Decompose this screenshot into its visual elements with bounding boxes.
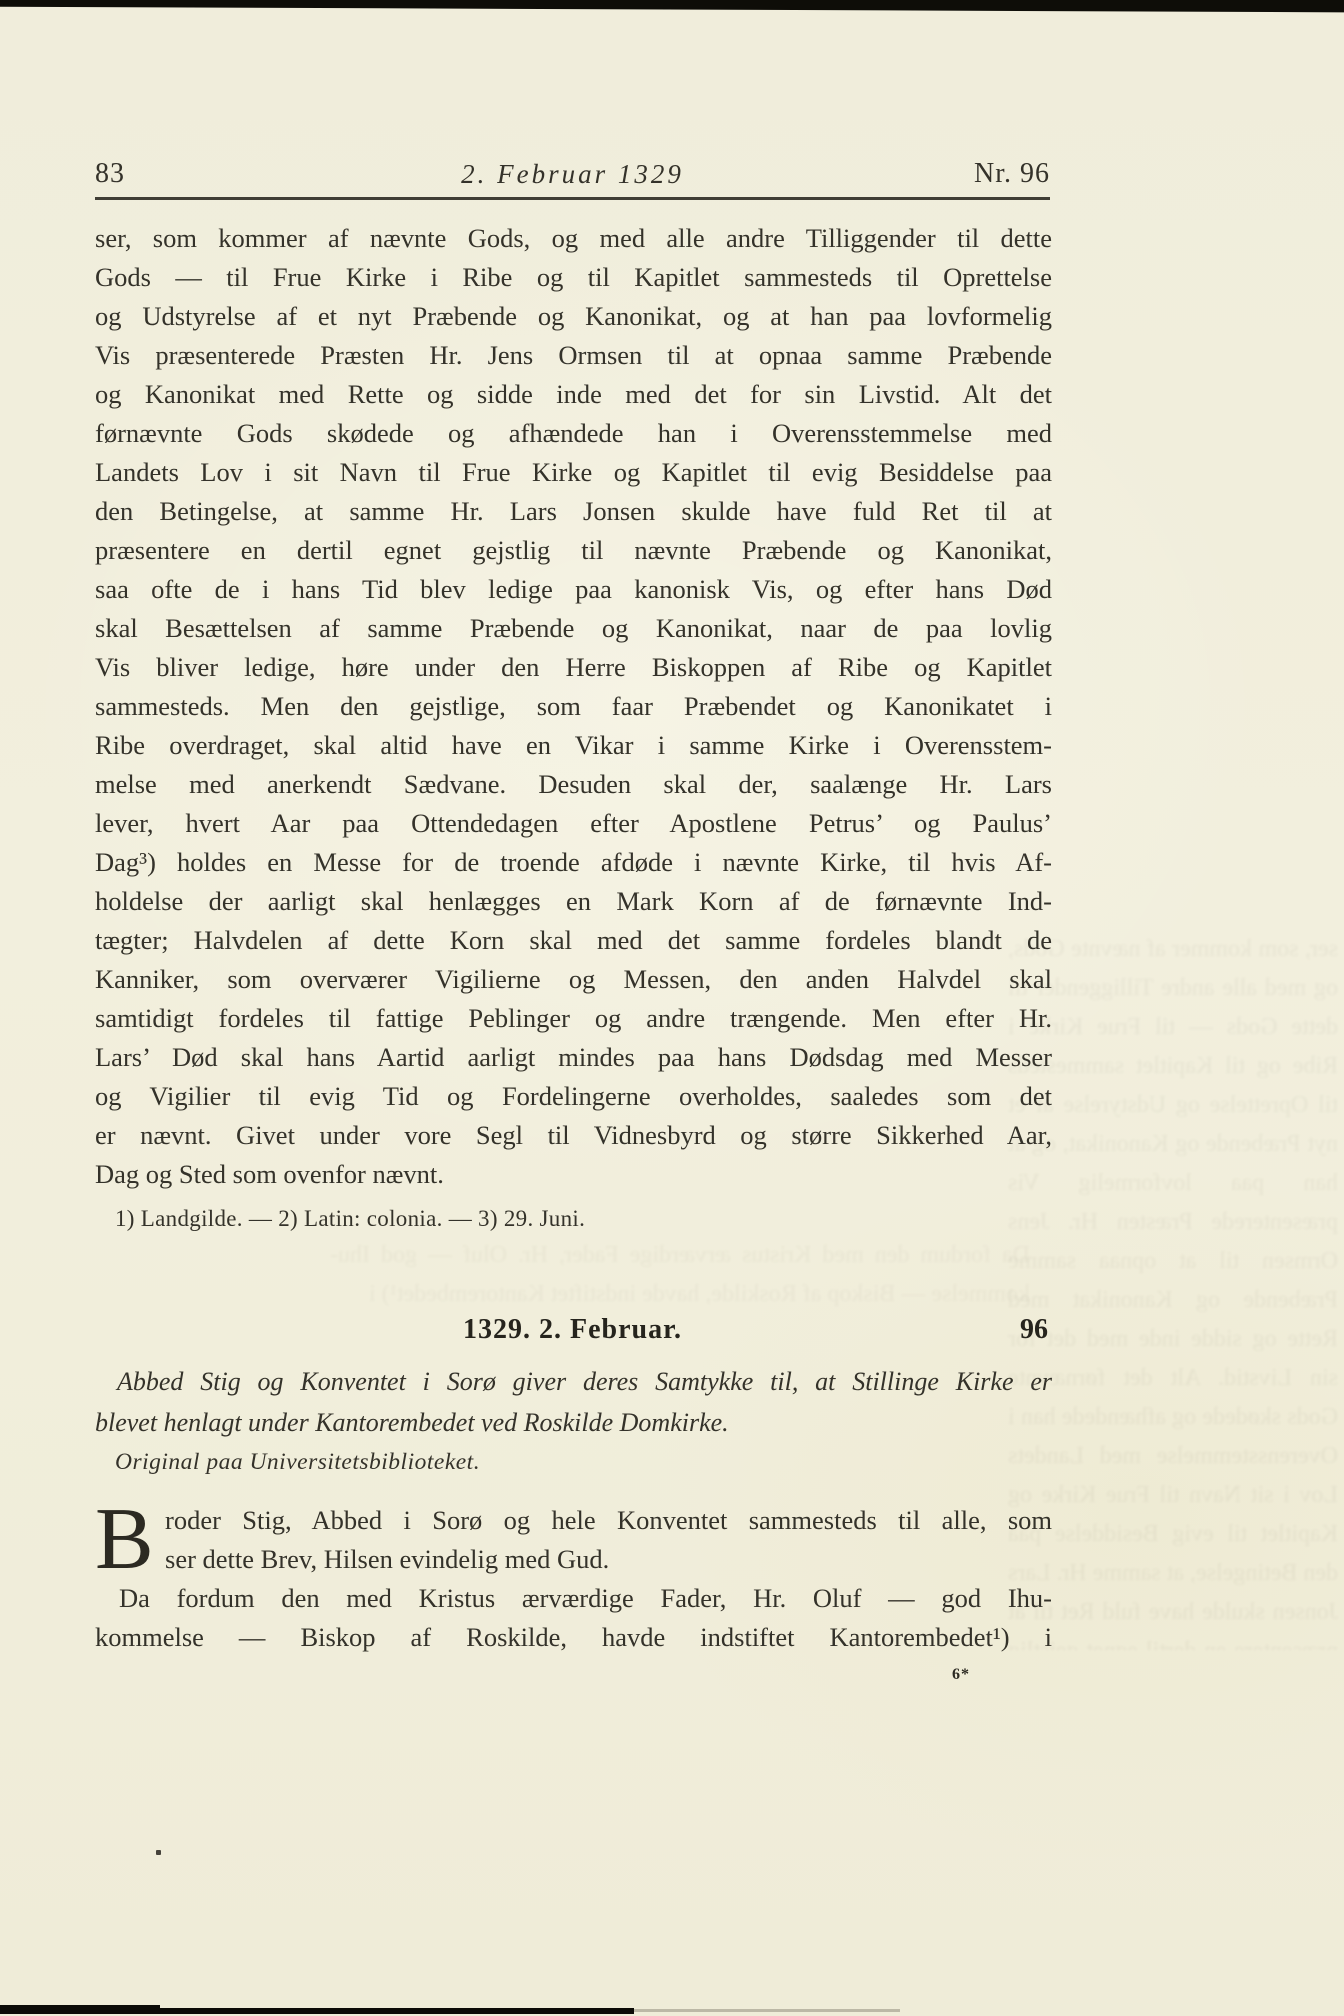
signature-mark: 6* bbox=[952, 1666, 970, 1684]
paragraph-line: kommelse — Biskop af Roskilde, havde ind… bbox=[95, 1618, 1052, 1657]
document2-number: 96 bbox=[1020, 1314, 1048, 1346]
body-line: skal Besættelsen af samme Præbende og Ka… bbox=[95, 609, 1052, 648]
paragraph-line: roder Stig, Abbed i Sorø og hele Konvent… bbox=[165, 1501, 1052, 1540]
body-line: holdelse der aarligt skal henlægges en M… bbox=[95, 882, 1052, 921]
header-rule bbox=[95, 197, 1050, 200]
provenance-note: Original paa Universitetsbiblioteket. bbox=[115, 1449, 480, 1476]
summary-line: blevet henlagt under Kantorembedet ved R… bbox=[95, 1402, 1052, 1443]
body-line: melse med anerkendt Sædvane. Desuden ska… bbox=[95, 765, 1052, 804]
bleed-through-text-mid: Da fordum den med Kristus ærværdige Fade… bbox=[330, 1236, 1030, 1314]
body-line: Lars’ Død skal hans Aartid aarligt minde… bbox=[95, 1038, 1052, 1077]
body-line: den Betingelse, at samme Hr. Lars Jonsen… bbox=[95, 492, 1052, 531]
body-line: Kanniker, som overværer Vigilierne og Me… bbox=[95, 960, 1052, 999]
body-line: tægter; Halvdelen af dette Korn skal med… bbox=[95, 921, 1052, 960]
scan-edge-top bbox=[0, 0, 1344, 14]
body-line: Landets Lov i sit Navn til Frue Kirke og… bbox=[95, 453, 1052, 492]
body-line: sammesteds. Men den gejstlige, som faar … bbox=[95, 687, 1052, 726]
body-line: Vis bliver ledige, høre under den Herre … bbox=[95, 648, 1052, 687]
body-line: Dag og Sted som ovenfor nævnt. bbox=[95, 1155, 1052, 1194]
paragraph-line: ser dette Brev, Hilsen evindelig med Gud… bbox=[165, 1540, 1052, 1579]
body-line: Gods — til Frue Kirke i Ribe og til Kapi… bbox=[95, 258, 1052, 297]
scan-edge-bottom-faint bbox=[634, 2009, 900, 2012]
body-line: Dag³) holdes en Messe for de troende afd… bbox=[95, 843, 1052, 882]
document1-body: ser, som kommer af nævnte Gods, og med a… bbox=[95, 219, 1052, 1194]
paragraph-lines: roder Stig, Abbed i Sorø og hele Konvent… bbox=[95, 1501, 1052, 1579]
drop-cap-initial: B bbox=[95, 1502, 154, 1578]
paragraph-line: Da fordum den med Kristus ærværdige Fade… bbox=[95, 1579, 1052, 1618]
document2-paragraph-1: B roder Stig, Abbed i Sorø og hele Konve… bbox=[95, 1501, 1052, 1579]
body-line: er nævnt. Givet under vore Segl til Vidn… bbox=[95, 1116, 1052, 1155]
scanned-book-page: ser, som kommer af nævnte Gods, og med a… bbox=[0, 0, 1344, 2016]
body-line: og Vigilier til evig Tid og Fordelingern… bbox=[95, 1077, 1052, 1116]
scan-edge-bottom bbox=[0, 2008, 634, 2014]
body-line: lever, hvert Aar paa Ottendedagen efter … bbox=[95, 804, 1052, 843]
ink-speck bbox=[156, 1850, 161, 1855]
document2-summary: Abbed Stig og Konventet i Sorø giver der… bbox=[95, 1361, 1052, 1443]
bleed-through-text-right: ser, som kommer af nævnte Gods, og med a… bbox=[1008, 930, 1338, 1650]
body-line: Ribe overdraget, skal altid have en Vika… bbox=[95, 726, 1052, 765]
document2-date-heading: 1329. 2. Februar. bbox=[95, 1314, 1050, 1346]
body-line: ser, som kommer af nævnte Gods, og med a… bbox=[95, 219, 1052, 258]
body-line: Vis præsenterede Præsten Hr. Jens Ormsen… bbox=[95, 336, 1052, 375]
running-title: 2. Februar 1329 bbox=[95, 159, 1050, 190]
document2-paragraph-2: Da fordum den med Kristus ærværdige Fade… bbox=[95, 1579, 1052, 1657]
body-line: førnævnte Gods skødede og afhændede han … bbox=[95, 414, 1052, 453]
body-line: samtidigt fordeles til fattige Peblinger… bbox=[95, 999, 1052, 1038]
document-number: Nr. 96 bbox=[974, 158, 1050, 190]
running-head: 83 2. Februar 1329 Nr. 96 bbox=[95, 158, 1050, 194]
summary-line: Abbed Stig og Konventet i Sorø giver der… bbox=[95, 1361, 1052, 1402]
body-line: præsentere en dertil egnet gejstlig til … bbox=[95, 531, 1052, 570]
body-line: og Kanonikat med Rette og sidde inde med… bbox=[95, 375, 1052, 414]
document2-heading: 1329. 2. Februar. 96 bbox=[95, 1314, 1050, 1348]
body-line: saa ofte de i hans Tid blev ledige paa k… bbox=[95, 570, 1052, 609]
footnote-line: 1) Landgilde. — 2) Latin: colonia. — 3) … bbox=[95, 1206, 1050, 1232]
body-line: og Udstyrelse af et nyt Præbende og Kano… bbox=[95, 297, 1052, 336]
